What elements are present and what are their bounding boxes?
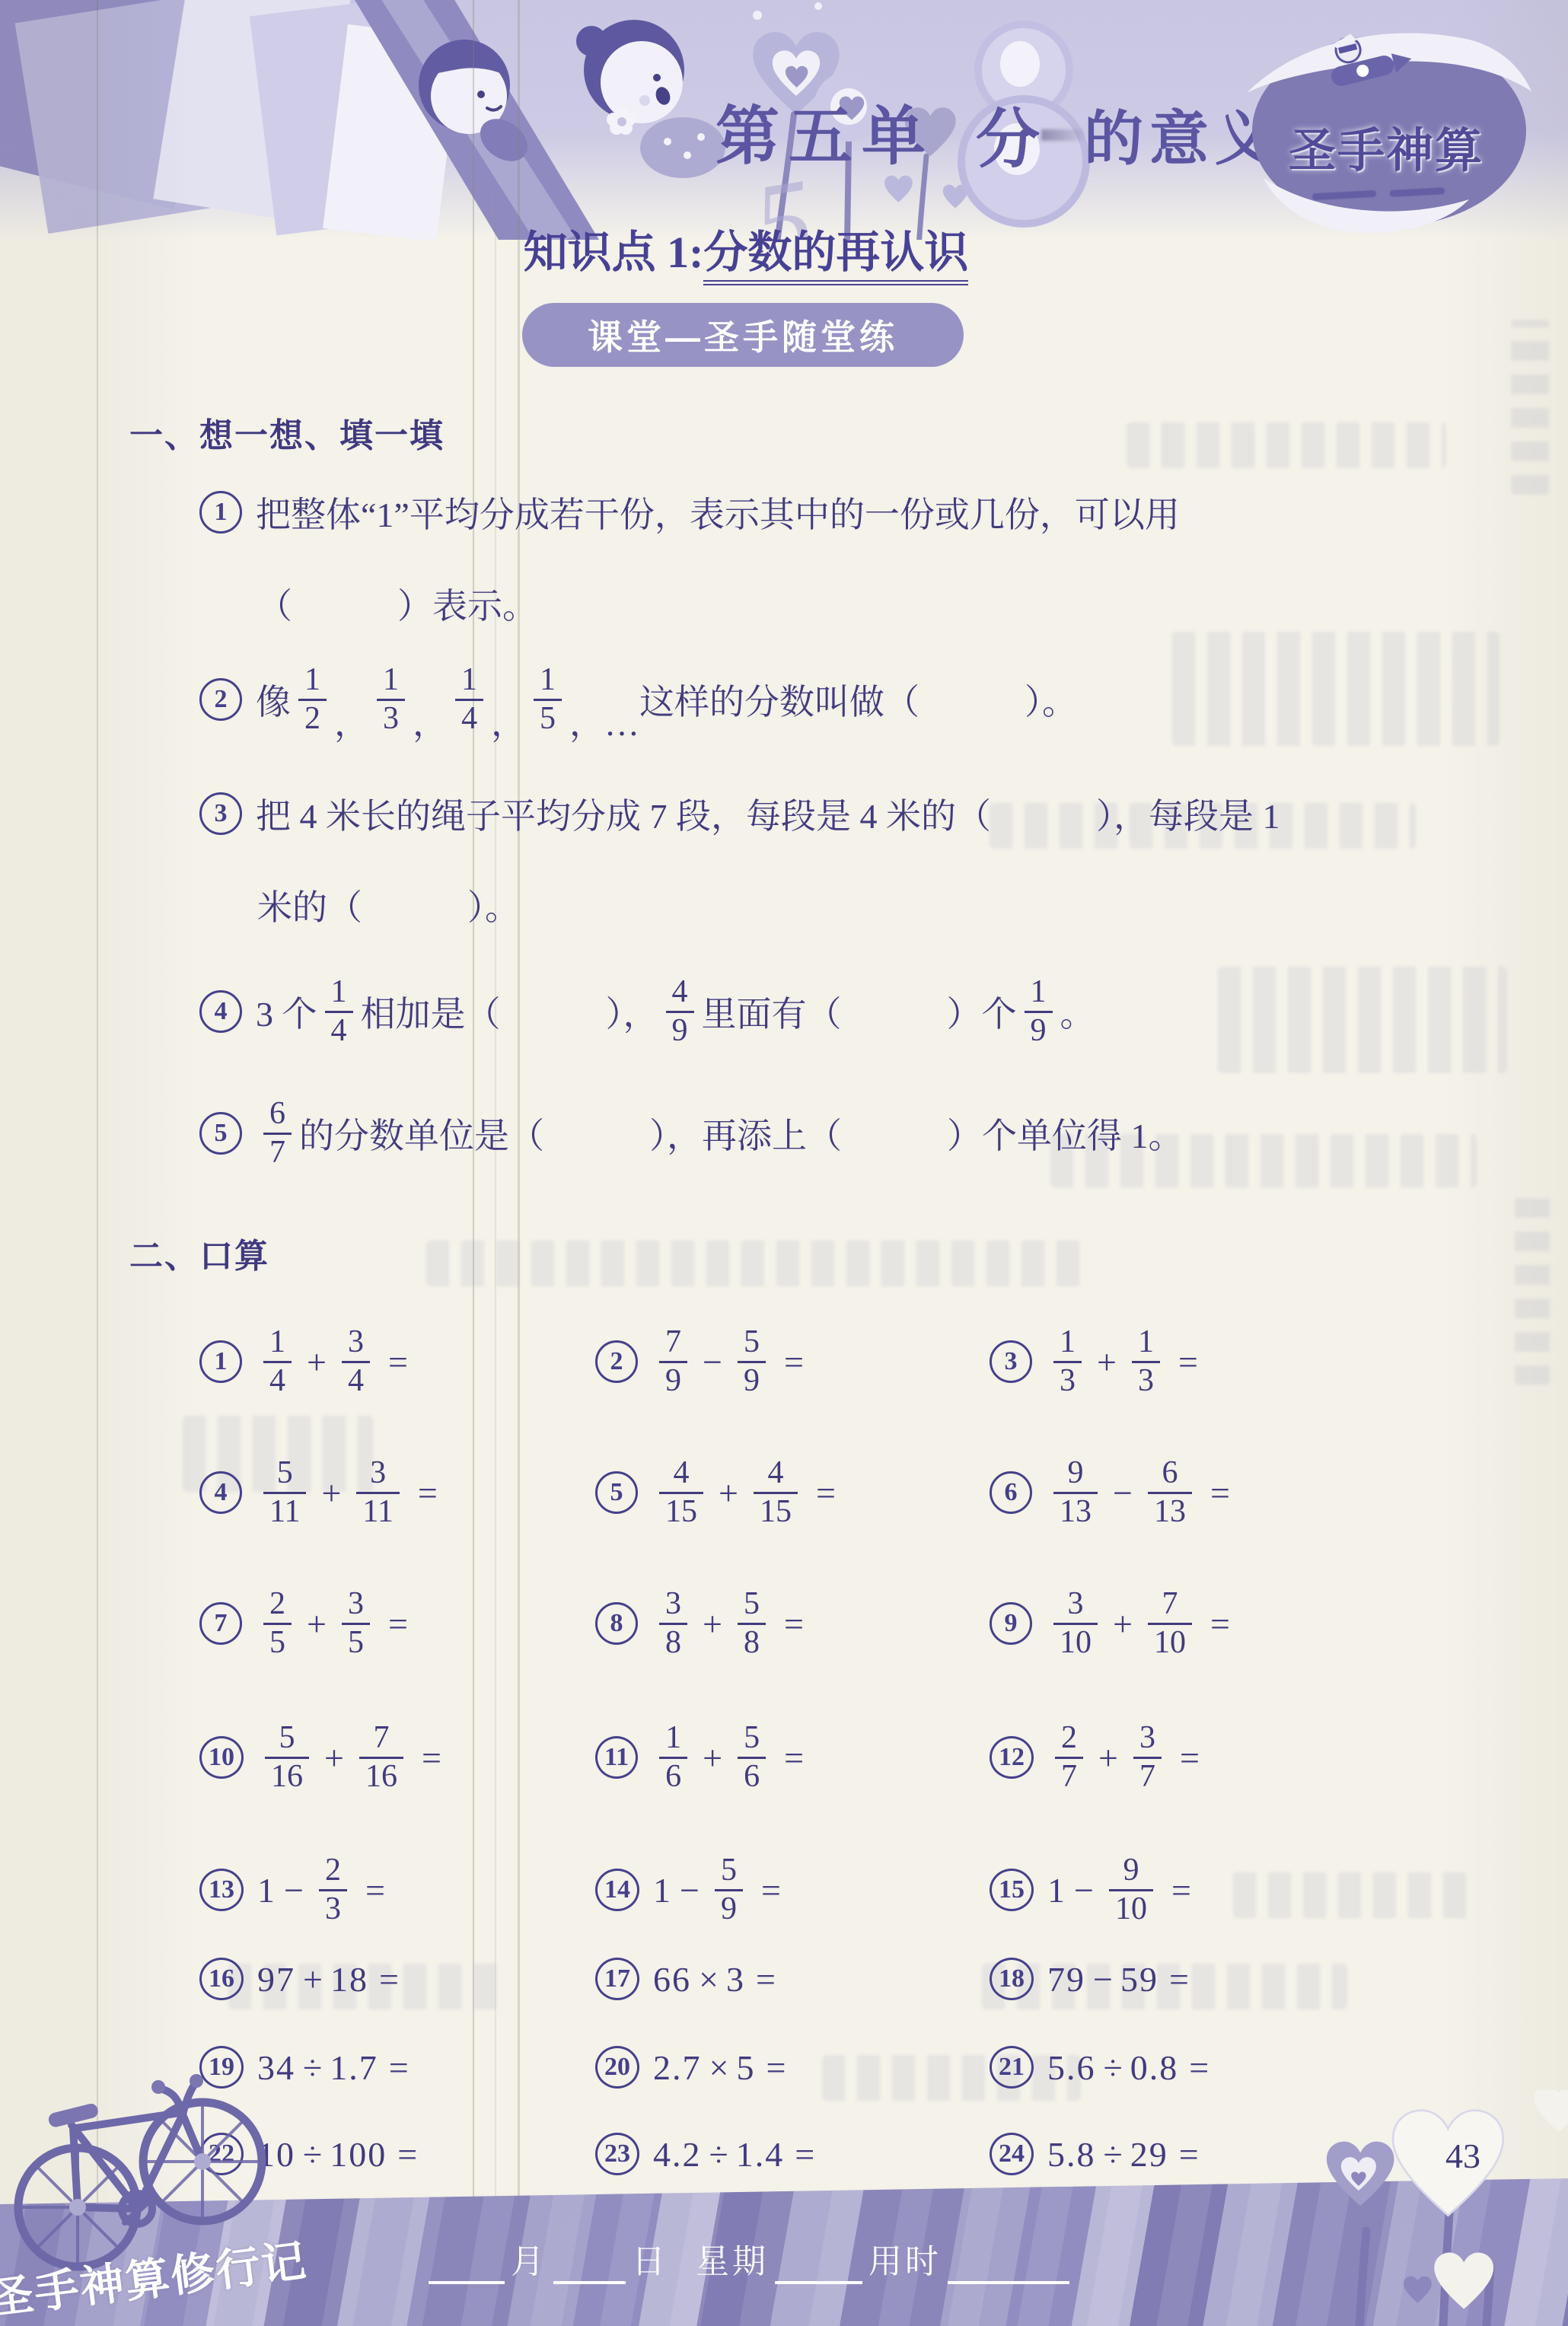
fraction-numerator: 7 (359, 1720, 403, 1758)
fraction: 19 (1025, 974, 1053, 1048)
bleed-through-mark (426, 1241, 1081, 1286)
operand: 59 (1120, 1959, 1158, 1999)
fill-in-line: （ ）表示。 (257, 578, 1180, 629)
fraction-numerator: 3 (1053, 1586, 1098, 1624)
text-run: 像 (256, 674, 291, 725)
operator: × (699, 1959, 719, 1999)
fraction-numerator: 9 (1053, 1455, 1098, 1493)
problem-number-badge: 16 (199, 1958, 244, 2000)
classroom-practice-badge: 课堂—圣手随堂练 (522, 303, 964, 367)
oral-problem: 5415+415= (595, 1428, 843, 1557)
fraction: 415 (754, 1455, 798, 1529)
knowledge-point-title: 知识点 1:分数的再认识 (426, 216, 1066, 280)
operator: + (1098, 1738, 1118, 1778)
problem-number-badge: 8 (595, 1602, 638, 1645)
equals-sign: = (379, 1959, 399, 1999)
problem-number-badge: 6 (990, 1471, 1032, 1514)
problem-number-badge: 23 (595, 2133, 639, 2175)
operator: + (321, 1473, 341, 1513)
fraction-denominator: 5 (342, 1625, 370, 1661)
operand: 3 (726, 1959, 745, 1999)
field-month-label: 月 (511, 2234, 547, 2284)
fraction-denominator: 3 (1132, 1363, 1160, 1399)
fraction-numerator: 5 (715, 1853, 743, 1891)
fraction-denominator: 5 (263, 1625, 292, 1661)
equals-sign: = (1210, 1604, 1230, 1644)
oral-problem: 10516+716= (199, 1693, 449, 1822)
bleed-through-mark (1127, 422, 1446, 468)
fraction-numerator: 3 (342, 1324, 370, 1362)
item-number-badge: 3 (199, 792, 242, 835)
fraction-denominator: 4 (325, 1013, 353, 1049)
fraction: 79 (659, 1324, 687, 1398)
fraction: 415 (659, 1455, 703, 1529)
brand-logo-text: 圣手神算 (1260, 113, 1512, 180)
oral-problem: 202.7×5= (595, 2043, 793, 2092)
problem-number-badge: 15 (990, 1869, 1034, 1911)
problem-number-badge: 11 (595, 1736, 638, 1779)
fraction: 13 (1132, 1324, 1160, 1398)
text-run: 3 个 (256, 986, 317, 1037)
operand: 100 (330, 2134, 387, 2175)
fraction-denominator: 7 (1055, 1759, 1083, 1795)
blank-line (553, 2251, 626, 2284)
oral-problem: 234.2÷1.4= (595, 2130, 822, 2178)
operator: − (1113, 1473, 1133, 1513)
operator: × (709, 2047, 729, 2088)
equals-sign: = (1189, 2047, 1209, 2088)
fraction-numerator: 4 (666, 974, 694, 1012)
operand: 5.6 (1047, 2047, 1096, 2088)
oral-problem: 6913−613= (990, 1428, 1238, 1557)
heart-flowers-corner (1286, 2090, 1568, 2326)
fraction-numerator: 1 (455, 662, 483, 700)
fraction-denominator: 4 (263, 1363, 292, 1399)
fraction-numerator: 3 (356, 1455, 399, 1493)
item-number-badge: 2 (199, 678, 242, 721)
problem-number-badge: 14 (595, 1869, 639, 1911)
text-run: 相加是（ ）， (361, 986, 658, 1037)
fraction-denominator: 16 (359, 1759, 403, 1795)
equals-sign: = (1171, 1870, 1191, 1910)
fraction-numerator: 5 (738, 1324, 766, 1362)
text-run: 。 (1060, 986, 1095, 1037)
operand: 1 (257, 1870, 276, 1910)
faded-character-smear (1041, 129, 1084, 141)
equals-sign: = (795, 2134, 814, 2175)
fraction: 716 (359, 1720, 403, 1794)
blank-line (429, 2251, 505, 2284)
item-number-badge: 1 (199, 491, 242, 534)
fraction-numerator: 2 (1055, 1720, 1083, 1758)
operator: + (324, 1738, 344, 1778)
fraction-denominator: 3 (377, 701, 405, 737)
fraction: 913 (1053, 1455, 1098, 1529)
equals-sign: = (365, 1870, 385, 1910)
operand: 29 (1130, 2134, 1168, 2175)
oral-problem: 279−59= (595, 1297, 811, 1426)
fraction-denominator: 8 (659, 1625, 687, 1661)
fraction-numerator: 1 (1025, 974, 1053, 1012)
text-run: ， (334, 696, 369, 764)
oral-problem: 1766×3= (595, 1955, 783, 2003)
fill-in-line: 2像12，13，14，15，…这样的分数叫做（ ）。 (199, 635, 1077, 764)
equals-sign: = (761, 1870, 781, 1910)
oral-problem: 245.8÷29= (990, 2130, 1206, 2178)
fill-in-item: 43 个14相加是（ ），49里面有（ ）个19。 (199, 947, 1095, 1076)
operand: 1 (653, 1870, 672, 1910)
fraction: 910 (1109, 1853, 1153, 1926)
child-girl (576, 20, 725, 178)
fraction-denominator: 10 (1148, 1625, 1192, 1661)
operand: 4.2 (653, 2134, 702, 2175)
operator: + (703, 1738, 722, 1778)
text-run: 这样的分数叫做（ ）。 (639, 674, 1077, 725)
fraction-numerator: 2 (263, 1586, 292, 1624)
fraction-numerator: 7 (1148, 1586, 1192, 1624)
operand: 1.4 (736, 2134, 785, 2175)
fill-in-line: 3把 4 米长的绳子平均分成 7 段，每段是 4 米的（ ），每段是 1 (199, 789, 1280, 839)
operand: 0.8 (1130, 2047, 1179, 2088)
fraction-denominator: 13 (1053, 1494, 1098, 1530)
problem-number-badge: 9 (990, 1602, 1032, 1645)
text-run: ，… (569, 696, 639, 764)
operand: 1 (1047, 1870, 1066, 1910)
equals-sign: = (1169, 1959, 1189, 1999)
fill-in-line: 43 个14相加是（ ），49里面有（ ）个19。 (199, 947, 1095, 1076)
section-2-heading: 二、口算 (129, 1228, 269, 1277)
operator: ÷ (303, 2134, 322, 2175)
operator: + (307, 1604, 327, 1644)
page-crease-line (97, 0, 98, 2245)
fraction-denominator: 13 (1148, 1494, 1192, 1530)
fraction-numerator: 6 (1148, 1455, 1192, 1493)
fraction: 16 (659, 1720, 687, 1794)
oral-problem: 215.6÷0.8= (990, 2043, 1216, 2092)
fraction-numerator: 4 (659, 1455, 703, 1493)
oral-problem: 1116+56= (595, 1693, 811, 1822)
equals-sign: = (784, 1342, 804, 1382)
fraction-numerator: 1 (377, 662, 405, 700)
fraction-denominator: 16 (265, 1759, 309, 1795)
text-run: 的分数单位是（ ），再添上（ ）个单位得 1。 (299, 1108, 1184, 1158)
workbook-page: 5 第五单 分 的意义 圣手神算 (0, 0, 1568, 2326)
problem-number-badge: 1 (199, 1340, 242, 1383)
fraction: 58 (738, 1586, 766, 1660)
fraction-numerator: 5 (263, 1455, 306, 1493)
operator: + (1113, 1604, 1133, 1644)
problem-number-badge: 12 (990, 1736, 1034, 1779)
text-run: ， (491, 696, 526, 764)
fraction: 38 (659, 1586, 687, 1660)
badge-label: 课堂—圣手随堂练 (588, 310, 898, 360)
oral-problem: 141−59= (595, 1825, 789, 1955)
operator: + (303, 1959, 323, 1999)
fraction-denominator: 6 (659, 1759, 687, 1795)
knowledge-point-prefix: 知识点 1: (524, 228, 704, 277)
fraction: 25 (263, 1586, 292, 1660)
fraction-denominator: 9 (715, 1891, 743, 1927)
equals-sign: = (816, 1473, 836, 1513)
text-run: 里面有（ ）个 (702, 986, 1017, 1037)
fraction-numerator: 1 (1053, 1324, 1082, 1362)
problem-number-badge: 18 (990, 1958, 1034, 2000)
fraction-numerator: 1 (263, 1324, 292, 1362)
operand: 66 (653, 1959, 691, 1999)
equals-sign: = (388, 1604, 408, 1644)
operator: + (703, 1604, 722, 1644)
oral-problem: 114+34= (199, 1297, 416, 1426)
fraction: 13 (377, 662, 405, 736)
fraction-numerator: 1 (534, 662, 562, 700)
fraction: 35 (342, 1586, 370, 1660)
problem-number-badge: 24 (990, 2133, 1034, 2175)
bleed-through-mark (1172, 632, 1499, 746)
header-banner: 5 第五单 分 的意义 圣手神算 (0, 0, 1568, 240)
operand: 79 (1047, 1959, 1085, 1999)
equals-sign: = (388, 1342, 408, 1382)
problem-number-badge: 3 (990, 1340, 1032, 1383)
equals-sign: = (784, 1738, 804, 1778)
equals-sign: = (756, 1959, 776, 1999)
fraction-numerator: 7 (659, 1324, 687, 1362)
oral-problem: 838+58= (595, 1559, 811, 1688)
bleed-through-mark (1218, 967, 1507, 1073)
text-run: （ ）表示。 (257, 578, 537, 629)
fraction: 516 (265, 1720, 309, 1794)
fraction-denominator: 9 (1025, 1013, 1053, 1049)
fraction-numerator: 5 (265, 1720, 309, 1758)
fraction-numerator: 1 (659, 1720, 687, 1758)
operand: 5.8 (1047, 2134, 1096, 2175)
fraction-denominator: 4 (455, 701, 483, 737)
fraction-denominator: 9 (738, 1363, 766, 1399)
problem-number-badge: 7 (199, 1602, 242, 1645)
fraction-denominator: 5 (534, 701, 562, 737)
bleed-through-mark (1233, 1872, 1477, 1918)
operand: 5 (736, 2047, 755, 2088)
fraction-denominator: 11 (263, 1494, 306, 1530)
oral-problem: 1227+37= (990, 1693, 1207, 1822)
fraction-numerator: 3 (659, 1586, 687, 1624)
equals-sign: = (418, 1473, 438, 1513)
problem-number-badge: 5 (595, 1471, 638, 1514)
fill-in-item: 1把整体“1”平均分成若干份，表示其中的一份或几份，可以用（ ）表示。 (199, 487, 1180, 629)
bleed-through-mark (1515, 1187, 1550, 1385)
fraction-denominator: 3 (1053, 1363, 1082, 1399)
operand: 2.7 (653, 2047, 702, 2088)
fill-in-item: 3把 4 米长的绳子平均分成 7 段，每段是 4 米的（ ），每段是 1米的（ … (199, 789, 1280, 930)
text-run: 把 4 米长的绳子平均分成 7 段，每段是 4 米的（ ），每段是 1 (256, 789, 1280, 839)
oral-problem: 1879−59= (990, 1955, 1197, 2003)
equals-sign: = (422, 1738, 441, 1778)
operand: 18 (330, 1959, 368, 1999)
problem-number-badge: 2 (595, 1340, 638, 1383)
fraction-denominator: 8 (738, 1625, 766, 1661)
fraction: 37 (1133, 1720, 1162, 1794)
fraction: 511 (263, 1455, 306, 1529)
oral-problem: 9310+710= (990, 1559, 1238, 1688)
fraction: 67 (263, 1096, 292, 1170)
fraction-numerator: 6 (263, 1096, 292, 1134)
problem-number-badge: 13 (199, 1869, 244, 1911)
fill-in-line: 米的（ ）。 (257, 880, 1280, 930)
fraction-denominator: 9 (666, 1013, 694, 1049)
operator: ÷ (303, 2047, 322, 2088)
equals-sign: = (766, 2047, 786, 2088)
text-run: 把整体“1”平均分成若干份，表示其中的一份或几份，可以用 (256, 487, 1180, 537)
text-run: 米的（ ）。 (257, 880, 520, 930)
problem-number-badge: 21 (990, 2046, 1034, 2089)
field-time-used-label: 用时 (868, 2234, 942, 2284)
blank-line (948, 2251, 1069, 2284)
fill-in-item: 567的分数单位是（ ），再添上（ ）个单位得 1。 (199, 1069, 1184, 1198)
fraction: 710 (1148, 1586, 1192, 1660)
fill-in-line: 567的分数单位是（ ），再添上（ ）个单位得 1。 (199, 1069, 1184, 1198)
equals-sign: = (1179, 2134, 1199, 2175)
fraction: 59 (738, 1324, 766, 1398)
blank-line (775, 2251, 862, 2284)
unit-title-prefix: 第五单 (715, 85, 935, 177)
oral-problem: 131−23= (199, 1825, 393, 1955)
operator: + (307, 1342, 327, 1382)
knowledge-point-topic: 分数的再认识 (703, 228, 968, 285)
fraction-denominator: 7 (1133, 1759, 1162, 1795)
unit-title-word: 分 (976, 88, 1040, 180)
fraction: 34 (342, 1324, 370, 1398)
fraction: 59 (715, 1853, 743, 1926)
operator: + (1097, 1342, 1117, 1382)
problem-number-badge: 17 (595, 1958, 639, 2000)
fraction: 27 (1055, 1720, 1083, 1794)
problem-number-badge: 20 (595, 2046, 639, 2089)
fraction-numerator: 1 (1132, 1324, 1160, 1362)
operand: 1.7 (330, 2047, 378, 2088)
operand: 97 (257, 1959, 295, 1999)
fill-in-item: 2像12，13，14，15，…这样的分数叫做（ ）。 (199, 635, 1077, 764)
fraction-numerator: 4 (754, 1455, 798, 1493)
oral-problem: 1697+18= (199, 1955, 406, 2003)
operator: − (284, 1870, 304, 1910)
fraction: 49 (666, 974, 694, 1048)
fraction: 12 (298, 662, 327, 736)
equals-sign: = (784, 1604, 804, 1644)
fraction: 14 (455, 662, 483, 736)
fraction-numerator: 2 (319, 1853, 347, 1891)
operator: − (680, 1870, 700, 1910)
operator: − (1074, 1870, 1094, 1910)
fraction: 15 (534, 662, 562, 736)
bleed-through-mark (1511, 320, 1549, 495)
fraction-numerator: 5 (738, 1720, 766, 1758)
equals-sign: = (1180, 1738, 1200, 1778)
field-day-label: 日 (632, 2234, 668, 2284)
fraction-denominator: 7 (263, 1135, 292, 1171)
fraction: 311 (356, 1455, 399, 1529)
operator: ÷ (1104, 2134, 1123, 2175)
page-number: 43 (1425, 2136, 1501, 2176)
fraction-denominator: 3 (319, 1891, 347, 1927)
fraction: 13 (1053, 1324, 1082, 1398)
operator: ÷ (1104, 2047, 1123, 2088)
fraction-denominator: 10 (1109, 1891, 1153, 1927)
fraction-denominator: 15 (754, 1494, 798, 1530)
fraction-numerator: 1 (325, 974, 353, 1012)
fraction-numerator: 9 (1109, 1853, 1153, 1891)
fill-in-line: 1把整体“1”平均分成若干份，表示其中的一份或几份，可以用 (199, 487, 1180, 537)
fraction: 56 (738, 1720, 766, 1794)
equals-sign: = (389, 2047, 409, 2088)
item-number-badge: 4 (199, 990, 242, 1033)
fraction: 23 (319, 1853, 347, 1926)
equals-sign: = (1178, 1342, 1198, 1382)
fraction-denominator: 4 (342, 1363, 370, 1399)
operator: − (703, 1342, 722, 1382)
date-record-line: 月 日 星期 用时 (422, 2234, 1076, 2284)
oral-problem: 151−910= (990, 1825, 1199, 1955)
text-run: ， (413, 696, 448, 764)
fraction-denominator: 15 (659, 1494, 703, 1530)
fraction-numerator: 5 (738, 1586, 766, 1624)
fraction: 14 (263, 1324, 292, 1398)
fraction-denominator: 11 (356, 1494, 399, 1530)
fraction: 310 (1053, 1586, 1098, 1660)
fraction-numerator: 3 (1133, 1720, 1162, 1758)
fraction: 613 (1148, 1455, 1192, 1529)
operator: − (1093, 1959, 1113, 1999)
oral-problem: 313+13= (990, 1297, 1206, 1426)
operator: ÷ (709, 2134, 728, 2175)
operator: + (719, 1473, 738, 1513)
item-number-badge: 5 (199, 1112, 242, 1155)
problem-number-badge: 10 (199, 1736, 244, 1779)
section-1-heading: 一、想一想、填一填 (129, 408, 445, 457)
fraction-denominator: 9 (659, 1363, 687, 1399)
field-weekday-label: 星期 (696, 2234, 769, 2284)
fraction: 14 (325, 974, 353, 1048)
oral-problem: 725+35= (199, 1559, 416, 1688)
fraction-denominator: 2 (298, 701, 327, 737)
fraction-denominator: 10 (1053, 1625, 1098, 1661)
equals-sign: = (1210, 1473, 1230, 1513)
problem-number-badge: 4 (199, 1471, 242, 1514)
oral-problem: 4511+311= (199, 1428, 445, 1557)
fraction-numerator: 3 (342, 1586, 370, 1624)
fraction-denominator: 6 (738, 1759, 766, 1795)
equals-sign: = (397, 2134, 417, 2175)
fraction-numerator: 1 (298, 662, 327, 700)
